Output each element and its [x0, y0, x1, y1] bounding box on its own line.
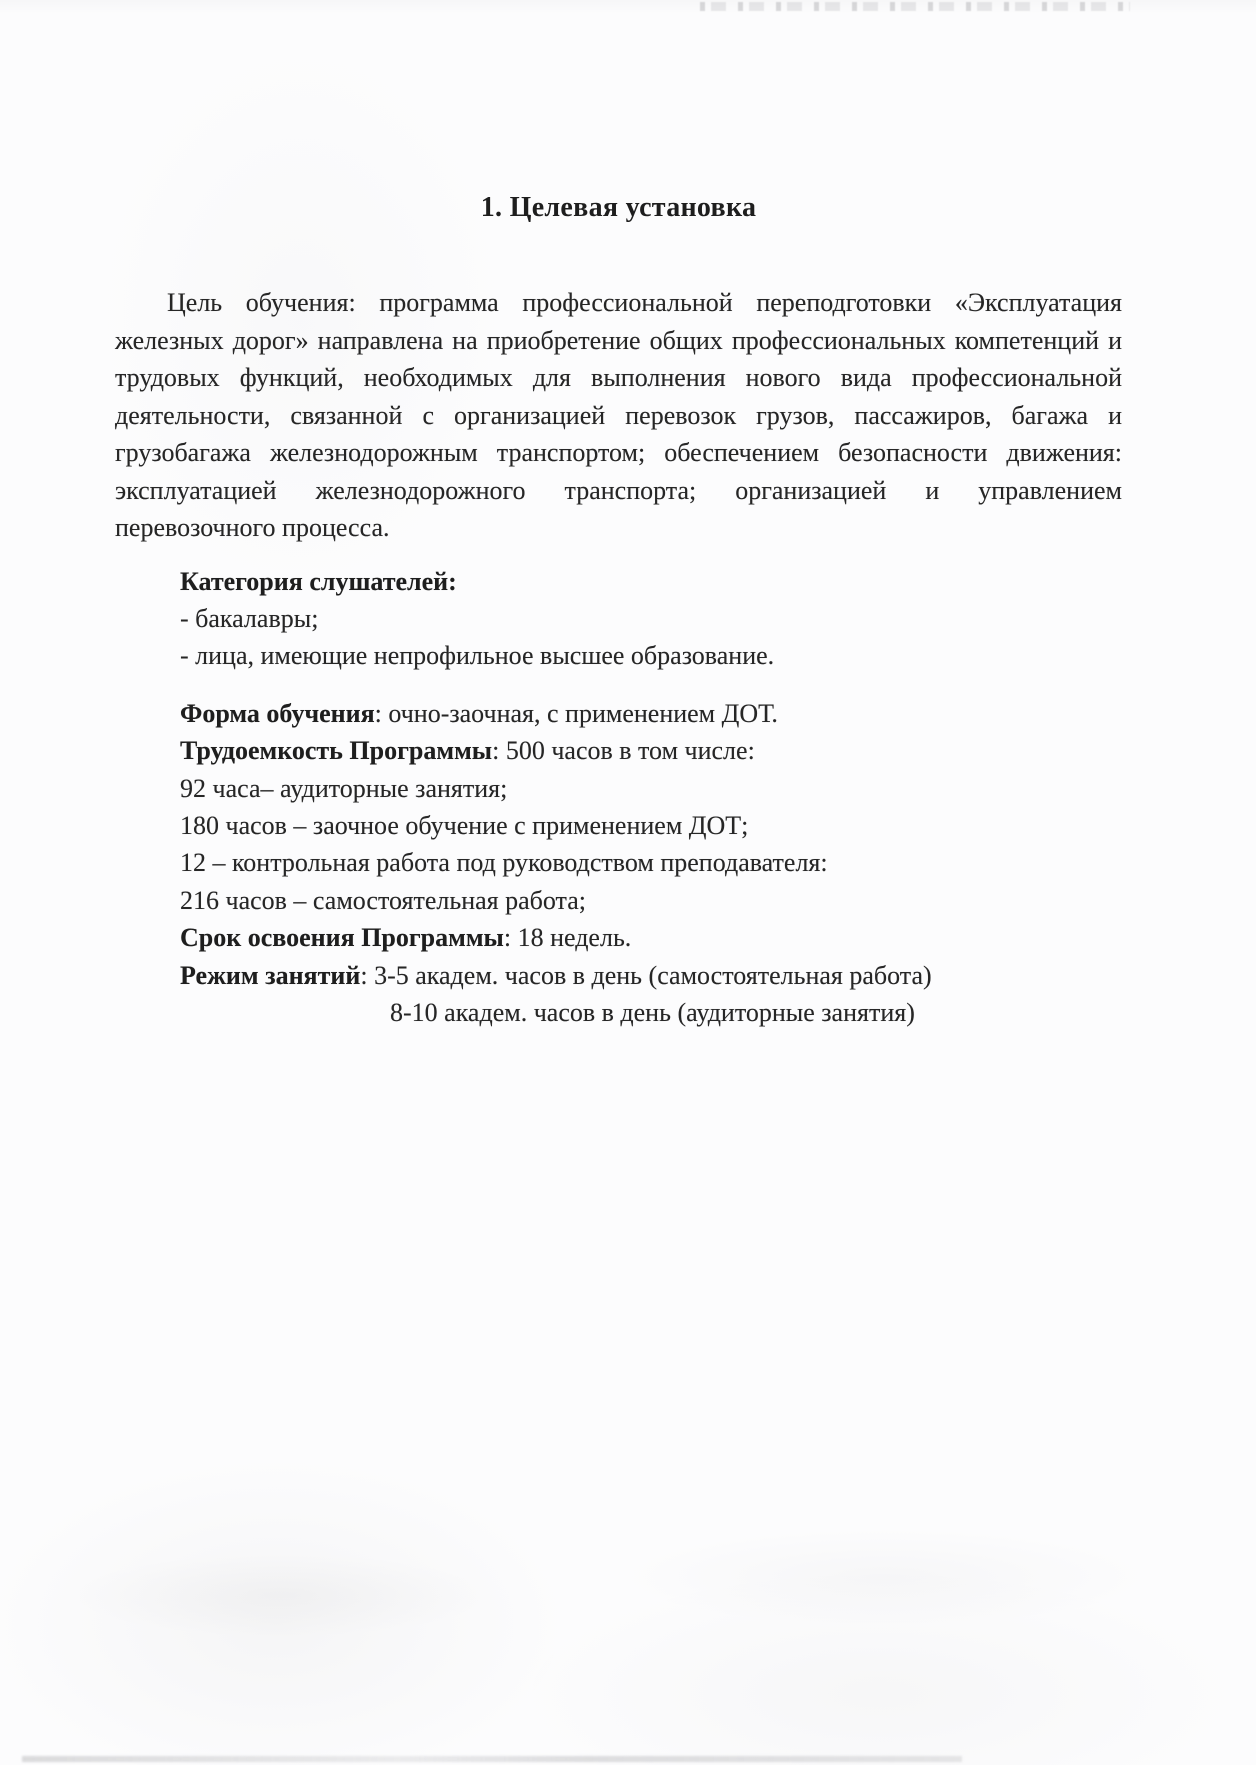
- info-line-schedule-continuation: 8-10 академ. часов в день (аудиторные за…: [180, 994, 1122, 1031]
- scan-artifact-bottom: [22, 1756, 962, 1762]
- category-item: - бакалавры;: [180, 600, 1122, 637]
- paragraph-line: Цель обучения: программа профессионально…: [115, 284, 1122, 322]
- paragraph-line: перевозочного процесса.: [115, 509, 1122, 547]
- paragraph-line: трудовых функций, необходимых для выполн…: [115, 359, 1122, 397]
- paragraph-line: эксплуатацией железнодорожного транспорт…: [115, 472, 1122, 510]
- info-line-classroom-hours: 92 часа– аудиторные занятия;: [180, 770, 1122, 807]
- paragraph-line: грузобагажа железнодорожным транспортом;…: [115, 434, 1122, 472]
- info-line-study-form: Форма обучения: очно-заочная, с применен…: [180, 695, 1122, 732]
- document-content: 1. Целевая установка Цель обучения: прог…: [115, 0, 1122, 1031]
- info-line-schedule: Режим занятий: 3-5 академ. часов в день …: [180, 957, 1122, 994]
- info-line-duration: Срок освоения Программы: 18 недель.: [180, 919, 1122, 956]
- category-item: - лица, имеющие непрофильное высшее обра…: [180, 637, 1122, 674]
- category-heading: Категория слушателей:: [180, 563, 1122, 600]
- program-info-block: Форма обучения: очно-заочная, с применен…: [180, 695, 1122, 1032]
- info-line-distance-hours: 180 часов – заочное обучение с применени…: [180, 807, 1122, 844]
- section-title: 1. Целевая установка: [115, 0, 1122, 224]
- info-line-workload: Трудоемкость Программы: 500 часов в том …: [180, 732, 1122, 769]
- info-line-control-work: 12 – контрольная работа под руководством…: [180, 844, 1122, 881]
- scanned-document-page: 1. Целевая установка Цель обучения: прог…: [0, 0, 1256, 1765]
- paragraph-line: железных дорог» направлена на приобретен…: [115, 322, 1122, 360]
- scan-artifact-mottle: [60, 1505, 1160, 1685]
- info-line-self-study-hours: 216 часов – самостоятельная работа;: [180, 882, 1122, 919]
- category-block: Категория слушателей: - бакалавры; - лиц…: [180, 563, 1122, 675]
- paragraph-line: деятельности, связанной с организацией п…: [115, 397, 1122, 435]
- goal-paragraph: Цель обучения: программа профессионально…: [115, 284, 1122, 547]
